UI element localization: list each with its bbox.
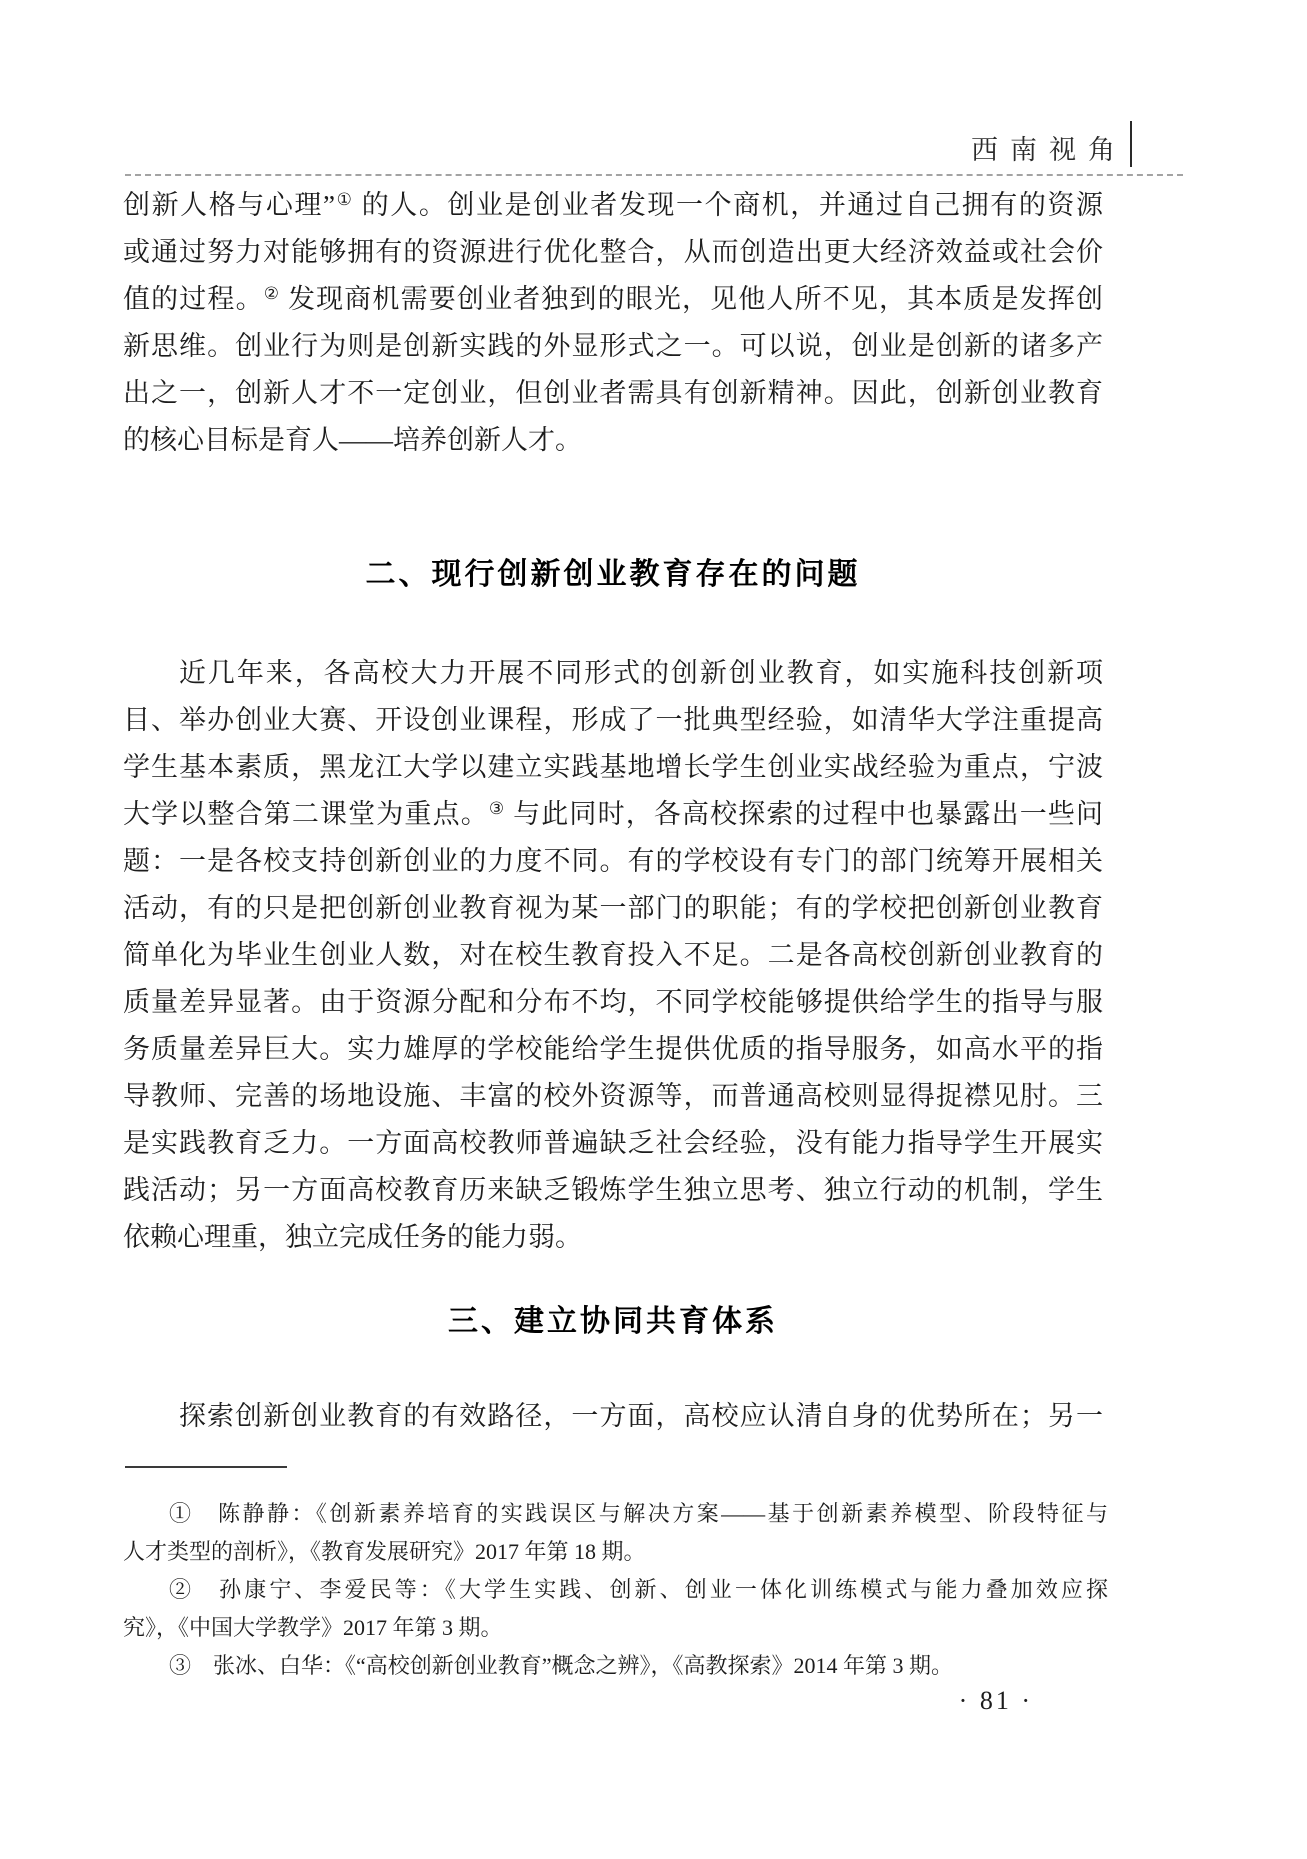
header-dashed-rule	[125, 174, 1183, 176]
text-line: 是实践教育乏力。一方面高校教师普遍缺乏社会经验，没有能力指导学生开展实	[123, 1120, 1103, 1167]
text-segment: 与此同时，各高校探索的过程中也暴露出一些问	[505, 799, 1103, 829]
footnote-line: ③ 张冰、白华：《“高校创新创业教育”概念之辨》，《高教探索》2014 年第 3…	[123, 1647, 1108, 1685]
footnote-ref-1: ①	[335, 190, 353, 209]
footnote-line: ② 孙康宁、李爱民等：《大学生实践、创新、创业一体化训练模式与能力叠加效应探	[123, 1571, 1108, 1609]
text-segment: 的人。创业是创业者发现一个商机，并通过自己拥有的资源	[353, 190, 1103, 220]
text-line: 学生基本素质，黑龙江大学以建立实践基地增长学生创业实战经验为重点，宁波	[123, 744, 1103, 791]
text-line: 或通过努力对能够拥有的资源进行优化整合，从而创造出更大经济效益或社会价	[123, 229, 1103, 276]
text-line: 近几年来，各高校大力开展不同形式的创新创业教育，如实施科技创新项	[123, 650, 1103, 697]
text-segment: 创新人格与心理”	[123, 190, 335, 220]
header-divider-bar	[1130, 121, 1132, 167]
text-segment: 大学以整合第二课堂为重点。	[123, 799, 489, 829]
footnote-separator-rule	[125, 1466, 287, 1468]
footnote-ref-3: ③	[489, 799, 505, 818]
document-page: 西南视角 创新人格与心理”① 的人。创业是创业者发现一个商机，并通过自己拥有的资…	[0, 0, 1307, 1859]
text-line: 的核心目标是育人——培养创新人才。	[123, 417, 1103, 464]
section-heading-2: 二、现行创新创业教育存在的问题	[123, 555, 1103, 595]
text-line: 导教师、完善的场地设施、丰富的校外资源等，而普通高校则显得捉襟见肘。三	[123, 1073, 1103, 1120]
footnote-line: ① 陈静静：《创新素养培育的实践误区与解决方案——基于创新素养模型、阶段特征与	[123, 1495, 1108, 1533]
text-segment: 值的过程。	[123, 284, 264, 314]
body-column: 创新人格与心理”① 的人。创业是创业者发现一个商机，并通过自己拥有的资源 或通过…	[123, 182, 1103, 1440]
text-line: 题：一是各校支持创新创业的力度不同。有的学校设有专门的部门统筹开展相关	[123, 838, 1103, 885]
footnote-line: 人才类型的剖析》，《教育发展研究》2017 年第 18 期。	[123, 1533, 1108, 1571]
text-line: 务质量差异巨大。实力雄厚的学校能给学生提供优质的指导服务，如高水平的指	[123, 1026, 1103, 1073]
text-line: 新思维。创业行为则是创新实践的外显形式之一。可以说，创业是创新的诸多产	[123, 323, 1103, 370]
page-header-title: 西南视角	[971, 128, 1127, 167]
text-line: 质量差异显著。由于资源分配和分布不均，不同学校能够提供给学生的指导与服	[123, 979, 1103, 1026]
footnote-line: 究》，《中国大学教学》2017 年第 3 期。	[123, 1609, 1108, 1647]
text-line: 创新人格与心理”① 的人。创业是创业者发现一个商机，并通过自己拥有的资源	[123, 182, 1103, 229]
text-line: 简单化为毕业生创业人数，对在校生教育投入不足。二是各高校创新创业教育的	[123, 932, 1103, 979]
text-line: 目、举办创业大赛、开设创业课程，形成了一批典型经验，如清华大学注重提高	[123, 697, 1103, 744]
text-line: 大学以整合第二课堂为重点。③ 与此同时，各高校探索的过程中也暴露出一些问	[123, 791, 1103, 838]
section-heading-3: 三、建立协同共育体系	[123, 1302, 1103, 1342]
text-segment: 发现商机需要创业者独到的眼光，见他人所不见，其本质是发挥创	[280, 284, 1103, 314]
text-line: 出之一，创新人才不一定创业，但创业者需具有创新精神。因此，创新创业教育	[123, 370, 1103, 417]
text-line: 践活动；另一方面高校教育历来缺乏锻炼学生独立思考、独立行动的机制，学生	[123, 1167, 1103, 1214]
text-line: 值的过程。② 发现商机需要创业者独到的眼光，见他人所不见，其本质是发挥创	[123, 276, 1103, 323]
footnote-ref-2: ②	[264, 284, 280, 303]
text-line: 活动，有的只是把创新创业教育视为某一部门的职能；有的学校把创新创业教育	[123, 885, 1103, 932]
text-line: 探索创新创业教育的有效路径，一方面，高校应认清自身的优势所在；另一	[123, 1393, 1103, 1440]
text-line: 依赖心理重，独立完成任务的能力弱。	[123, 1214, 1103, 1261]
page-number: · 81 ·	[959, 1686, 1033, 1716]
footnotes-block: ① 陈静静：《创新素养培育的实践误区与解决方案——基于创新素养模型、阶段特征与 …	[123, 1495, 1108, 1685]
